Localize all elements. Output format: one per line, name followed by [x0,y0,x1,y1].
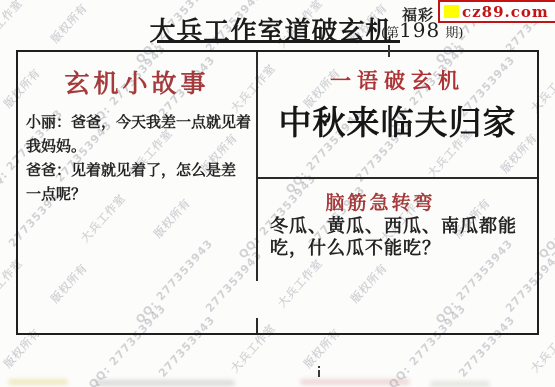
brainteaser-line: 冬瓜、黄瓜、西瓜、南瓜都能 [270,216,538,238]
issue-number: 198 [399,18,440,42]
bottom-smudge [95,380,235,386]
issue-close: 期) [445,26,463,41]
brainteaser-line: 吃，什么瓜不能吃？ [270,238,538,260]
watermark-text: 大兵工作室 [0,0,26,51]
brainteaser-body: 冬瓜、黄瓜、西瓜、南瓜都能 吃，什么瓜不能吃？ [270,216,538,260]
story-line: 爸爸：见着就见着了，怎么是差 [26,158,252,182]
watermark-text: 版权所有 [47,0,91,46]
mystery-phrase: 中秋来临夫归家 [258,97,537,144]
bottom-smudge [8,379,68,385]
bottom-smudge [430,381,490,387]
brainteaser-title: 脑筋急转弯 [258,188,503,215]
lottery-tip-sheet: 大兵工作室版权所有QQ: 277353943277353943大兵工作室版权所有… [0,0,555,387]
site-logo[interactable]: cz89.com [438,0,555,23]
story-body: 小丽：爸爸，今天我差一点就见着 我妈妈。 爸爸：见着就见着了，怎么是差 一点呢？ [26,110,252,206]
title-underline [157,40,400,43]
logo-text: cz89.com [462,3,549,21]
content-box: 玄机小故事 小丽：爸爸，今天我差一点就见着 我妈妈。 爸爸：见着就见着了，怎么是… [16,50,539,335]
mystery-title: 一语破玄机 [258,65,537,95]
story-title: 玄机小故事 [18,64,256,100]
issue-open: (第 [381,26,399,41]
panel-divider-vertical-tick [256,318,258,333]
story-line: 小丽：爸爸，今天我差一点就见着 [26,110,252,134]
bottom-smudge [300,379,410,385]
logo-color-square-icon [444,5,459,18]
story-line: 一点呢？ [26,182,252,206]
panel-divider-horizontal [258,177,537,179]
stray-ink-mark [318,370,320,377]
story-line: 我妈妈。 [26,134,252,158]
